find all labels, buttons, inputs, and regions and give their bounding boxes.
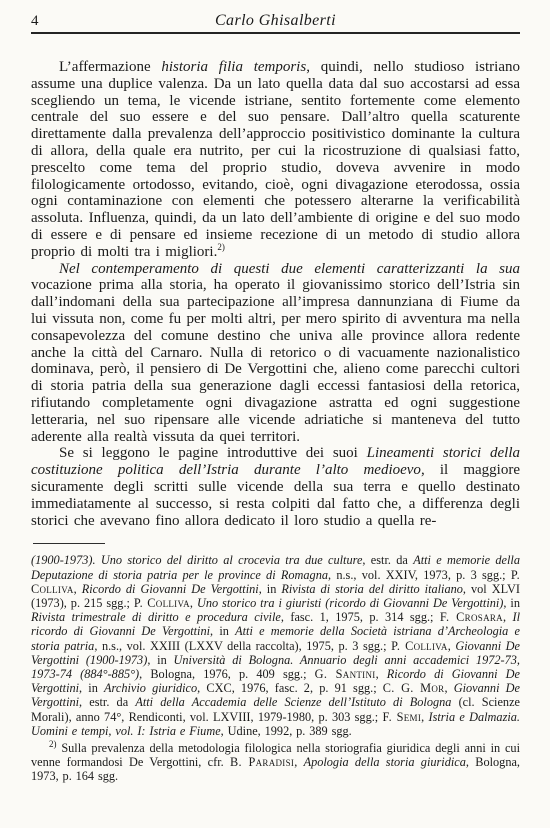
text-segment: Apologia della storia giuridica [304,755,466,769]
text-segment: Ricordo di Giovanni De Vergottini [82,582,259,596]
text-segment: , in [210,624,235,638]
text-segment: , n.s., vol. XXIII (LXXV della raccolta)… [94,639,391,653]
text-segment: , in [79,681,104,695]
text-segment: Archivio giuridico [104,681,197,695]
text-segment: F. Semi [383,710,422,724]
text-segment: B. Paradisi [230,755,294,769]
text-segment: , n.s., vol. XXIV, 1973, p. 3 sgg.; [328,568,511,582]
text-segment: , [74,582,82,596]
text-segment: , fasc. 1, 1975, p. 314 sgg.; [281,610,440,624]
paragraph: (1900-1973). Uno storico del diritto al … [31,553,520,738]
paragraph: Nel contemperamento di questi due elemen… [31,261,520,446]
footnotes-section: (1900-1973). Uno storico del diritto al … [31,543,520,783]
text-segment: Rivista di storia del diritto italiano [281,582,463,596]
text-segment: , [376,667,387,681]
book-page: 4 Carlo Ghisalberti L’affermazione histo… [0,0,550,828]
text-segment: C. G. Mor [383,681,445,695]
text-segment: , [190,596,197,610]
text-segment: , Udine, 1992, p. 389 sgg. [221,724,352,738]
text-segment: historia filia temporis [161,59,306,75]
footnote-marker: 2) [217,242,225,252]
body-text: L’affermazione historia filia temporis, … [31,59,520,529]
paragraph: Se si leggono le pagine introduttive dei… [31,445,520,529]
footnote-marker: 2) [49,739,57,749]
text-segment: , in [503,596,520,610]
text-segment: P. Colliva [391,639,448,653]
paragraph: L’affermazione historia filia temporis, … [31,59,520,261]
paragraph: 2) Sulla prevalenza della metodologia fi… [31,741,520,784]
text-segment: G. Santini [315,667,376,681]
text-segment: , quindi, nello studioso istriano assume… [31,59,520,260]
text-segment: , in [259,582,282,596]
text-segment: , [294,755,303,769]
text-segment: Rivista trimestrale di diritto e procedu… [31,610,281,624]
text-segment: Nel contemperamento di questi due elemen… [59,261,520,277]
text-segment: Se si leggono le pagine introduttive dei… [59,445,367,461]
text-segment: Uno storico tra i giuristi (ricordo di G… [197,596,503,610]
text-segment: P. Colliva [134,596,190,610]
text-segment: , in [147,653,173,667]
text-segment: , CXC, 1976, fasc. 2, p. 91 sgg.; [197,681,383,695]
text-segment: vocazione prima alla storia, ha operato … [31,277,520,444]
text-segment: , [444,681,453,695]
text-segment: F. Crosara [440,610,503,624]
text-segment: , Bologna, 1976, p. 409 sgg.; [139,667,315,681]
text-segment: , estr. da [79,695,135,709]
running-header: 4 Carlo Ghisalberti [31,8,520,34]
text-segment: (1900-1973). Uno storico del diritto al … [31,553,362,567]
text-segment: Atti della Accademia delle Scienze dell’… [135,695,451,709]
running-header-title: Carlo Ghisalberti [31,12,520,30]
footnote-separator-rule [33,543,105,544]
text-segment: , estr. da [362,553,413,567]
footnotes-text: (1900-1973). Uno storico del diritto al … [31,553,520,783]
text-segment: L’affermazione [59,59,161,75]
